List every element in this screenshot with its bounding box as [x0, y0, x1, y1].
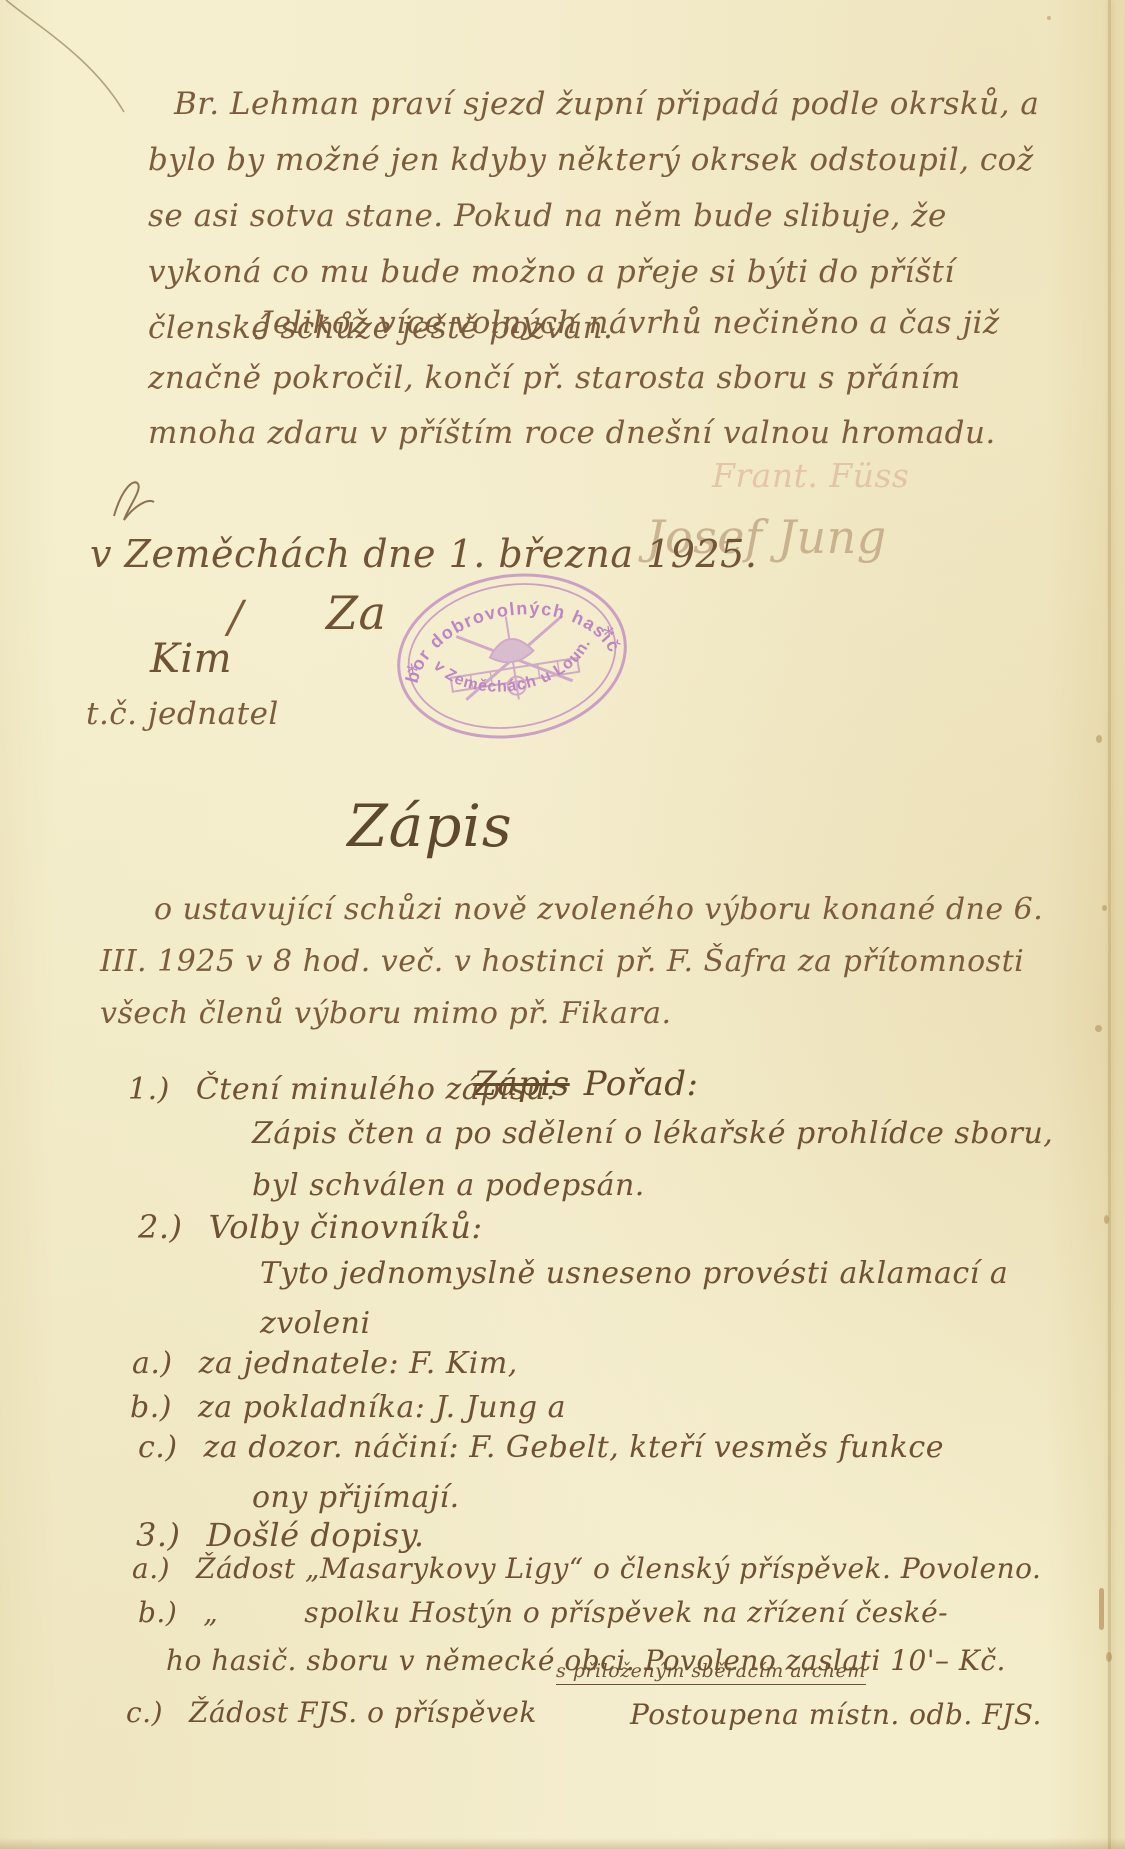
- agenda-item-continuation: Tyto jednomyslně usneseno provésti aklam…: [260, 1256, 1008, 1291]
- paragraph-closing-statement: Jelikož více volných návrhů nečiněno a č…: [148, 296, 1056, 461]
- scanned-minutes-page: Br. Lehman praví sjezd župní připadá pod…: [0, 0, 1125, 1849]
- signature-chairman-faint: Frant. Füss: [712, 456, 909, 495]
- item-text: Postoupena místn. odb. FJS.: [630, 1698, 1042, 1731]
- agenda-item: c.)Žádost FJS. o příspěvek: [126, 1696, 537, 1729]
- foxing-streak: [1099, 1588, 1104, 1630]
- item-text: za dozor. náčiní: F. Gebelt, kteří vesmě…: [204, 1430, 944, 1465]
- item-text: za jednatele: F. Kim,: [199, 1346, 518, 1381]
- foxing-spot: [1095, 1025, 1102, 1032]
- item-letter: b.): [138, 1596, 177, 1629]
- minutes-title: Zápis: [180, 792, 680, 860]
- foxing-spot: [1096, 735, 1102, 743]
- item-text: Volby činovníků:: [209, 1208, 483, 1246]
- fire-brigade-stamp: Sbor dobrovolných hasičů v Zeměchách u L…: [376, 540, 648, 772]
- foxing-spot: [1047, 16, 1051, 20]
- item-number: 2.): [138, 1208, 183, 1246]
- agenda-item: 2.)Volby činovníků:: [138, 1208, 483, 1246]
- foxing-spot: [1104, 1215, 1109, 1224]
- item-text: Žádost FJS. o příspěvek: [189, 1696, 537, 1729]
- agenda-item-continuation: zvoleni: [260, 1306, 371, 1341]
- agenda-item: 1.)Čtení minulého zápisu.: [128, 1072, 556, 1107]
- agenda-item-continuation: byl schválen a podepsán.: [252, 1168, 645, 1203]
- agenda-item: a.)za jednatele: F. Kim,: [132, 1346, 518, 1381]
- item-text: Žádost „Masarykovy Ligy“ o členský přísp…: [196, 1552, 1041, 1585]
- page-bottom-shadow: [0, 1838, 1125, 1849]
- item-text: spolku Hostýn o příspěvek na zřízení čes…: [304, 1596, 948, 1629]
- za-handwritten-mark: Za: [326, 586, 386, 640]
- pen-flourish: [104, 468, 164, 528]
- agenda-item: a.)Žádost „Masarykovy Ligy“ o členský př…: [132, 1552, 1041, 1585]
- item-letter: a.): [132, 1346, 173, 1381]
- minutes-intro: o ustavující schůzi nově zvoleného výbor…: [100, 884, 1062, 1040]
- agenda-item: c.)za dozor. náčiní: F. Gebelt, kteří ve…: [138, 1430, 944, 1465]
- item-text: Tyto jednomyslně usneseno provésti aklam…: [260, 1256, 1008, 1291]
- foxing-spot: [1102, 905, 1107, 911]
- item-text: byl schválen a podepsán.: [252, 1168, 645, 1203]
- item-text: Čtení minulého zápisu.: [196, 1072, 556, 1107]
- agenda-item-continuation: Zápis čten a po sdělení o lékařské prohl…: [252, 1116, 1053, 1151]
- item-letter: a.): [132, 1552, 170, 1585]
- agenda-item-continuation: Postoupena místn. odb. FJS.: [630, 1698, 1042, 1731]
- agenda-item: b.)za pokladníka: J. Jung a: [130, 1390, 566, 1425]
- item-text: zvoleni: [260, 1306, 371, 1341]
- agenda-item-continuation: ony přijímají.: [252, 1480, 460, 1515]
- item-number: 1.): [128, 1072, 170, 1107]
- item-text: Došlé dopisy.: [207, 1516, 425, 1554]
- signature-kim: Kim: [150, 636, 232, 682]
- item-text: za pokladníka: J. Jung a: [198, 1390, 566, 1425]
- dateline: v Zeměchách dne 1. března 1925.: [90, 532, 757, 576]
- item-letter: c.): [138, 1430, 178, 1465]
- item-text: ony přijímají.: [252, 1480, 460, 1515]
- item-letter: b.): [130, 1390, 172, 1425]
- agenda-item: 3.)Došlé dopisy.: [136, 1516, 425, 1554]
- helmet-icon: [488, 636, 535, 666]
- item-number: 3.): [136, 1516, 181, 1554]
- agenda-heading-label: Pořad:: [584, 1064, 699, 1104]
- interline-insertion: s přiloženým sběracím archem: [556, 1660, 866, 1685]
- item-text: Zápis čten a po sdělení o lékařské prohl…: [252, 1116, 1053, 1151]
- foxing-spot: [1106, 1652, 1112, 1662]
- agenda-item: b.)„spolku Hostýn o příspěvek na zřízení…: [138, 1596, 948, 1629]
- ditto-mark: „: [203, 1596, 218, 1629]
- secretary-title: t.č. jednatel: [86, 696, 279, 732]
- item-letter: c.): [126, 1696, 163, 1729]
- page-edge-line: [1108, 0, 1111, 1849]
